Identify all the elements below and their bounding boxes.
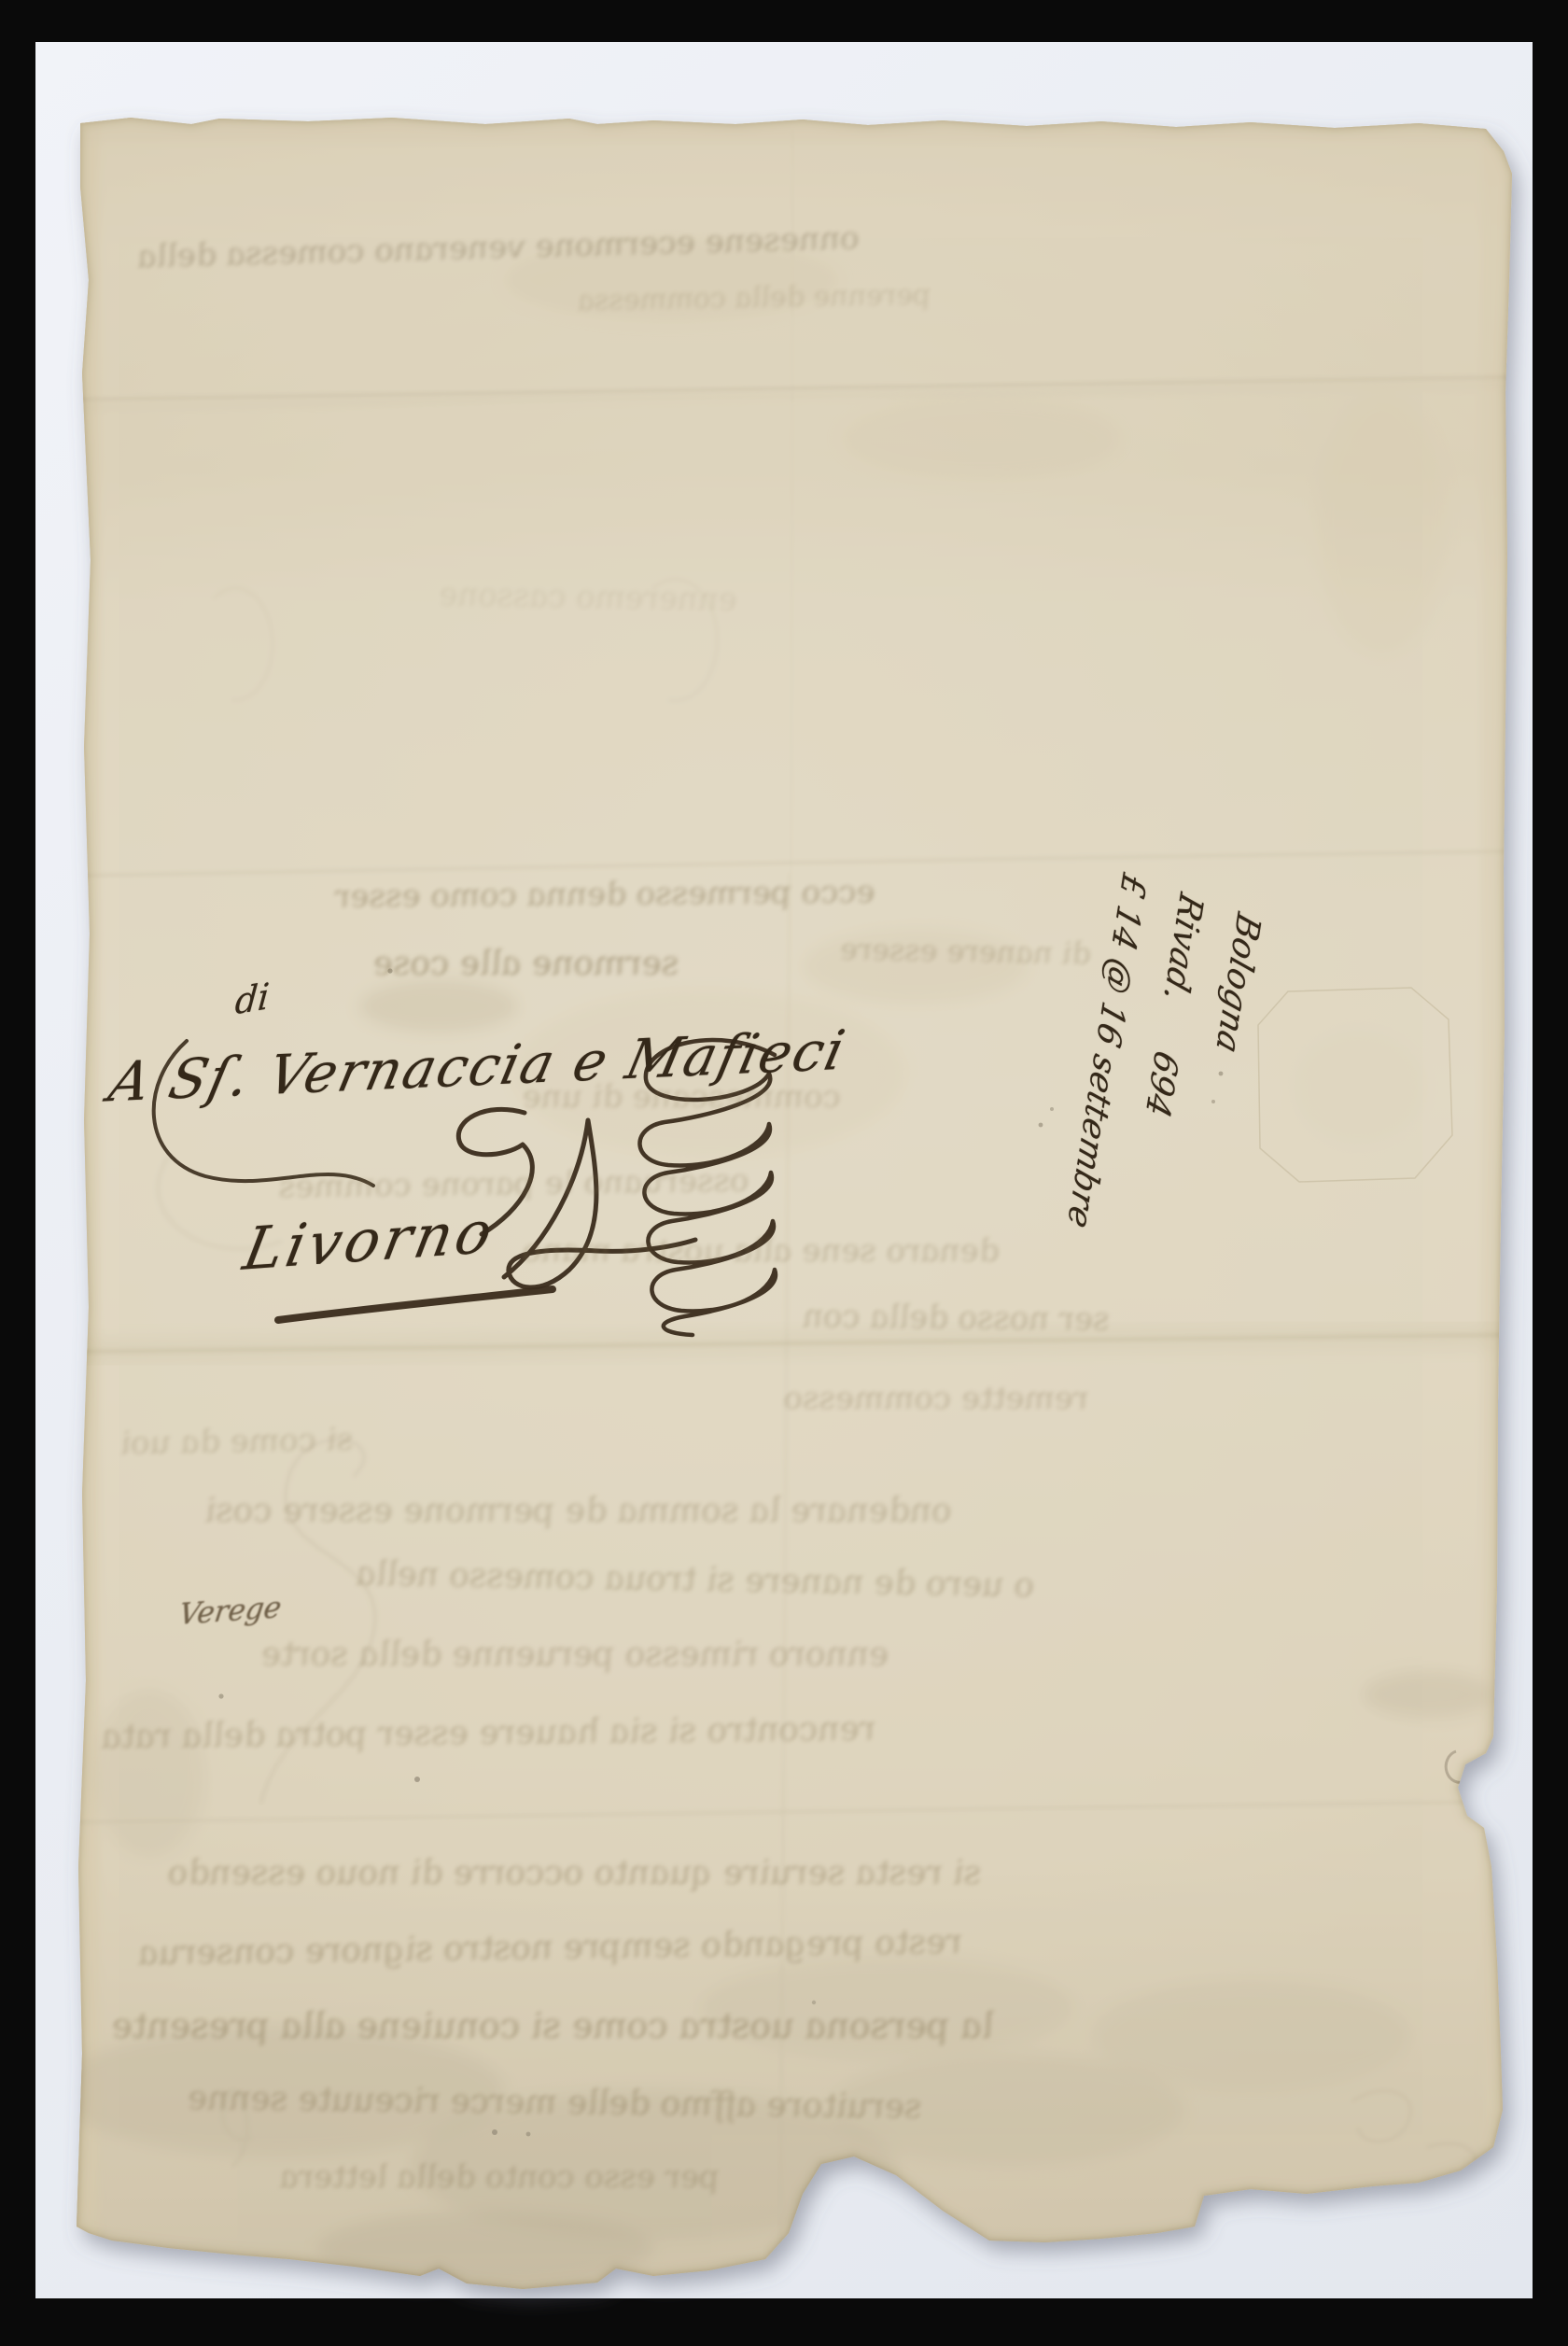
bleedthrough-line: ecco permesso denna como esser — [331, 873, 880, 915]
bleedthrough-line: per esso conto della lettera — [275, 2158, 724, 2196]
bleedthrough-line: ondenare la somma de permone essere cosi — [201, 1492, 957, 1530]
bleedthrough-line: ser nosso della con — [798, 1298, 1114, 1338]
bleedthrough-line: ennoro rimesso peruenne della sorte — [257, 1636, 894, 1674]
bleedthrough-line: osseruano le parone commes — [274, 1161, 753, 1205]
docket-note: Rivad. — [1156, 889, 1210, 1007]
bleedthrough-line: di nanere essere — [836, 932, 1096, 972]
bleedthrough-line: denaro sene alla uostra mano — [518, 1232, 1004, 1270]
photo-frame: onnesene ecermone venerano comessa della… — [0, 0, 1568, 2346]
bleedthrough-line: perenne della commessa — [574, 279, 934, 318]
bleedthrough-line: enneremo cassone — [434, 576, 742, 619]
bleedthrough-line: remette commesso — [779, 1380, 1093, 1417]
bleedthrough-line: sermone alle cose — [369, 945, 684, 983]
letter-paper — [0, 0, 1568, 2346]
bleedthrough-line: la persona uostra come si conuiene alla … — [107, 2005, 1000, 2046]
bleedthrough-line: si resta seruire quanto occorre di nouo … — [163, 1854, 987, 1892]
docket-year: 694 — [1138, 1046, 1184, 1121]
address-small-word: di — [233, 976, 271, 1023]
bleedthrough-line: rencontro si sia hauere esser potra dell… — [97, 1710, 880, 1757]
bleedthrough-line: si come da uoi — [117, 1421, 357, 1462]
